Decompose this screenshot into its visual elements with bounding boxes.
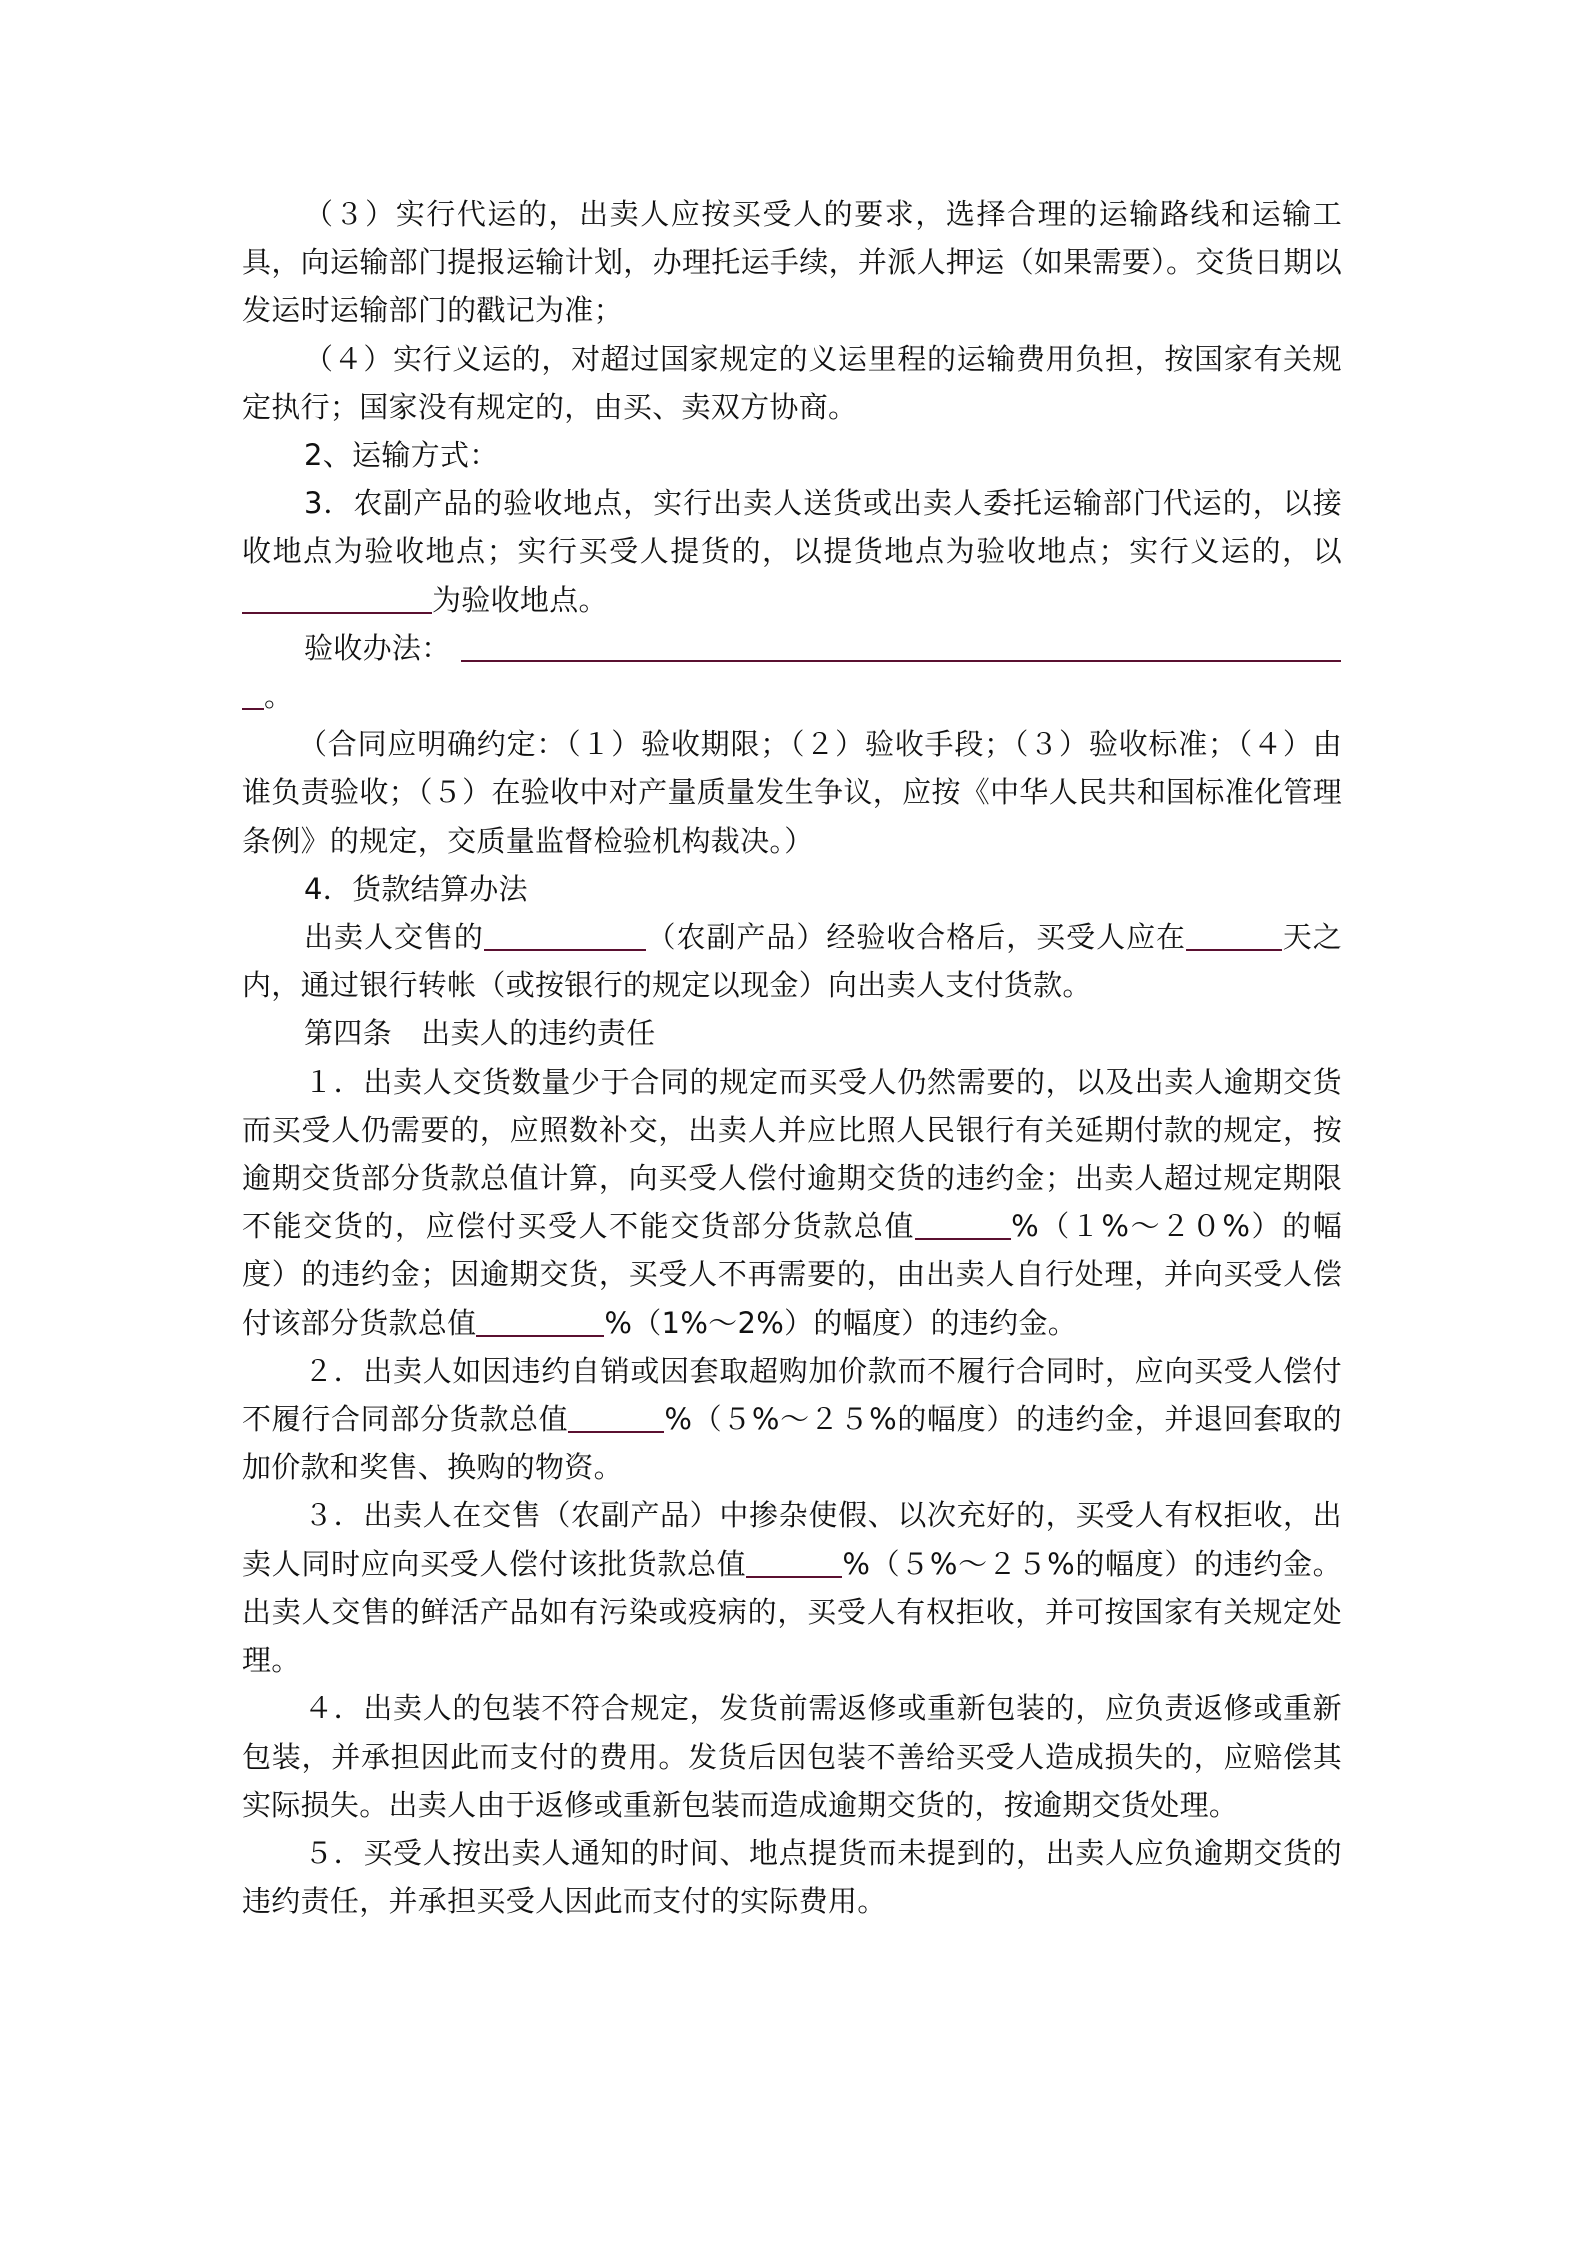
inspection-method-label: 验收办法： xyxy=(304,631,451,665)
payment-days-blank[interactable] xyxy=(1186,919,1282,951)
paragraph-liability-3: ３．出卖人在交售（农副产品）中掺杂使假、以次充好的，买受人有权拒收，出卖人同时应… xyxy=(242,1491,1342,1684)
adulteration-percent-blank[interactable] xyxy=(746,1546,842,1578)
payment-text-1: 出卖人交售的 xyxy=(304,920,484,954)
liability-1-text-3: %（1%～2%）的幅度）的违约金。 xyxy=(604,1306,1077,1340)
paragraph-liability-5: ５．买受人按出卖人通知的时间、地点提货而未提到的，出卖人应负逾期交货的违约责任，… xyxy=(242,1829,1342,1925)
paragraph-liability-2: ２．出卖人如因违约自销或因套取超购加价款而不履行合同时，应向买受人偿付不履行合同… xyxy=(242,1347,1342,1492)
breach-percent-blank[interactable] xyxy=(568,1401,664,1433)
paragraph-liability-1: １．出卖人交货数量少于合同的规定而买受人仍然需要的，以及出卖人逾期交货而买受人仍… xyxy=(242,1058,1342,1347)
heading-transport-method: 2、运输方式： xyxy=(242,431,1342,479)
paragraph-liability-4: ４．出卖人的包装不符合规定，发货前需返修或重新包装的，应负责返修或重新包装，并承… xyxy=(242,1684,1342,1829)
heading-article-four: 第四条 出卖人的违约责任 xyxy=(242,1009,1342,1057)
inspection-method-blank-cont[interactable] xyxy=(242,678,264,710)
non-delivery-percent-blank[interactable] xyxy=(915,1208,1011,1240)
product-name-blank[interactable] xyxy=(484,919,646,951)
paragraph-inspection-location: 3．农副产品的验收地点，实行出卖人送货或出卖人委托运输部门代运的，以接收地点为验… xyxy=(242,479,1342,624)
payment-text-2: （农副产品）经验收合格后，买受人应在 xyxy=(646,920,1186,954)
paragraph-inspection-method: 验收办法：。 xyxy=(242,624,1342,720)
inspection-method-blank[interactable] xyxy=(461,630,1341,662)
paragraph-payment-terms: 出卖人交售的（农副产品）经验收合格后，买受人应在天之内，通过银行转帐（或按银行的… xyxy=(242,913,1342,1009)
inspection-method-end: 。 xyxy=(264,679,293,713)
paragraph-consigned-transport: （３）实行代运的，出卖人应按买受人的要求，选择合理的运输路线和运输工具，向运输部… xyxy=(242,190,1342,335)
paragraph-free-transport: （４）实行义运的，对超过国家规定的义运里程的运输费用负担，按国家有关规定执行；国… xyxy=(242,335,1342,431)
unneeded-percent-blank[interactable] xyxy=(476,1305,604,1337)
contract-page: （３）实行代运的，出卖人应按买受人的要求，选择合理的运输路线和运输工具，向运输部… xyxy=(242,190,1342,1925)
inspection-location-blank[interactable] xyxy=(242,582,432,614)
heading-payment-settlement: 4．货款结算办法 xyxy=(242,865,1342,913)
paragraph-inspection-note: （合同应明确约定：（１）验收期限；（２）验收手段；（３）验收标准；（４）由谁负责… xyxy=(242,720,1342,865)
inspection-location-text-2: 为验收地点。 xyxy=(432,583,608,617)
inspection-location-text-1: 3．农副产品的验收地点，实行出卖人送货或出卖人委托运输部门代运的，以接收地点为验… xyxy=(242,486,1342,568)
